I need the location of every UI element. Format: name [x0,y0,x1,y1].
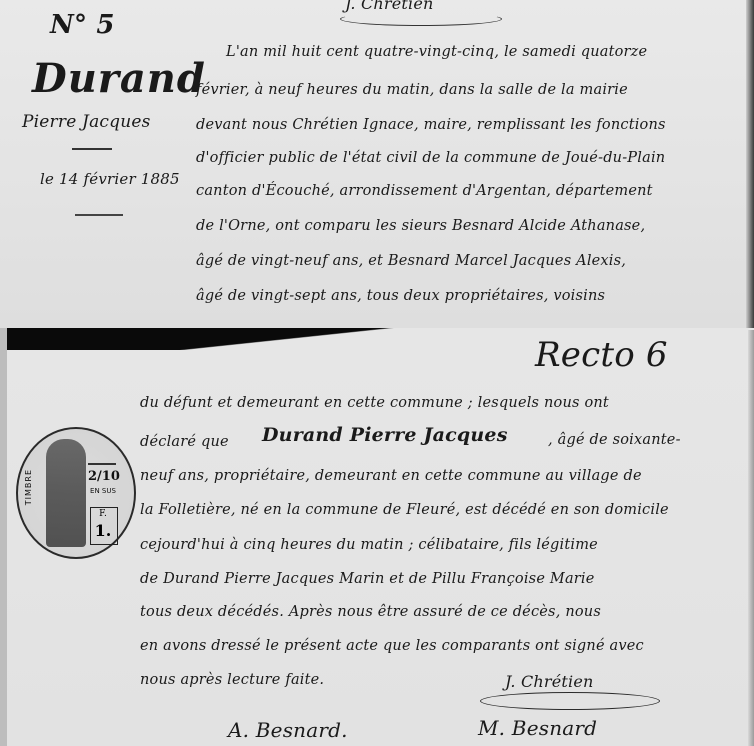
page-edge-left [0,328,7,746]
tax-stamp: TIMBRE 2/10 EN SUS F. 1. [16,427,136,559]
text-line: déclaré que [140,434,229,450]
record-number: N° 5 [50,10,115,40]
stamp-denomination-label: F. [90,509,116,519]
text-line: L'an mil huit cent quatre-vingt-cinq, le… [226,44,647,60]
signature-flourish [340,12,502,26]
signature-flourish [480,692,660,710]
folio-number: Recto 6 [535,335,668,375]
text-line: février, à neuf heures du matin, dans la… [196,82,628,98]
text-line: nous après lecture faite. [140,672,324,688]
stamp-value: 2/10 [88,469,118,484]
deceased-name: Durand Pierre Jacques [262,424,508,446]
text-line: cejourd'hui à cinq heures du matin ; cél… [140,537,598,553]
margin-given-names: Pierre Jacques [22,112,151,132]
text-line: âgé de vingt-neuf ans, et Besnard Marcel… [196,253,626,269]
scales-icon [88,449,116,465]
text-line: de Durand Pierre Jacques Marin et de Pil… [140,571,595,587]
text-line: neuf ans, propriétaire, demeurant en cet… [140,468,642,484]
mayor-signature: J. Chrétien [505,672,594,691]
text-line: tous deux décédés. Après nous être assur… [140,604,601,620]
stamp-unit: EN SUS [88,487,118,495]
text-line: la Folletière, né en la commune de Fleur… [140,502,669,518]
stamp-denomination: 1. [90,521,116,540]
stamp-label: TIMBRE [24,469,33,505]
text-line: du défunt et demeurant en cette commune … [140,395,609,411]
text-line: devant nous Chrétien Ignace, maire, remp… [196,117,666,133]
margin-date: le 14 février 1885 [40,170,180,188]
text-line: de l'Orne, ont comparu les sieurs Besnar… [196,218,645,234]
justice-figure-icon [46,439,86,547]
witness-signature-1: A. Besnard. [228,718,348,742]
text-line: âgé de vingt-sept ans, tous deux proprié… [196,288,605,304]
margin-surname: Durand [32,55,206,102]
witness-signature-2: M. Besnard [478,716,597,740]
margin-divider-2 [75,214,123,216]
margin-divider [72,148,112,150]
page-edge [748,330,754,746]
text-line: en avons dressé le présent acte que les … [140,638,644,654]
text-line: canton d'Écouché, arrondissement d'Argen… [196,183,653,199]
page-edge [746,0,754,330]
text-line: d'officier public de l'état civil de la … [196,150,665,166]
text-line: , âgé de soixante- [548,432,681,448]
register-page-top: N° 5 Durand Pierre Jacques le 14 février… [0,0,754,328]
